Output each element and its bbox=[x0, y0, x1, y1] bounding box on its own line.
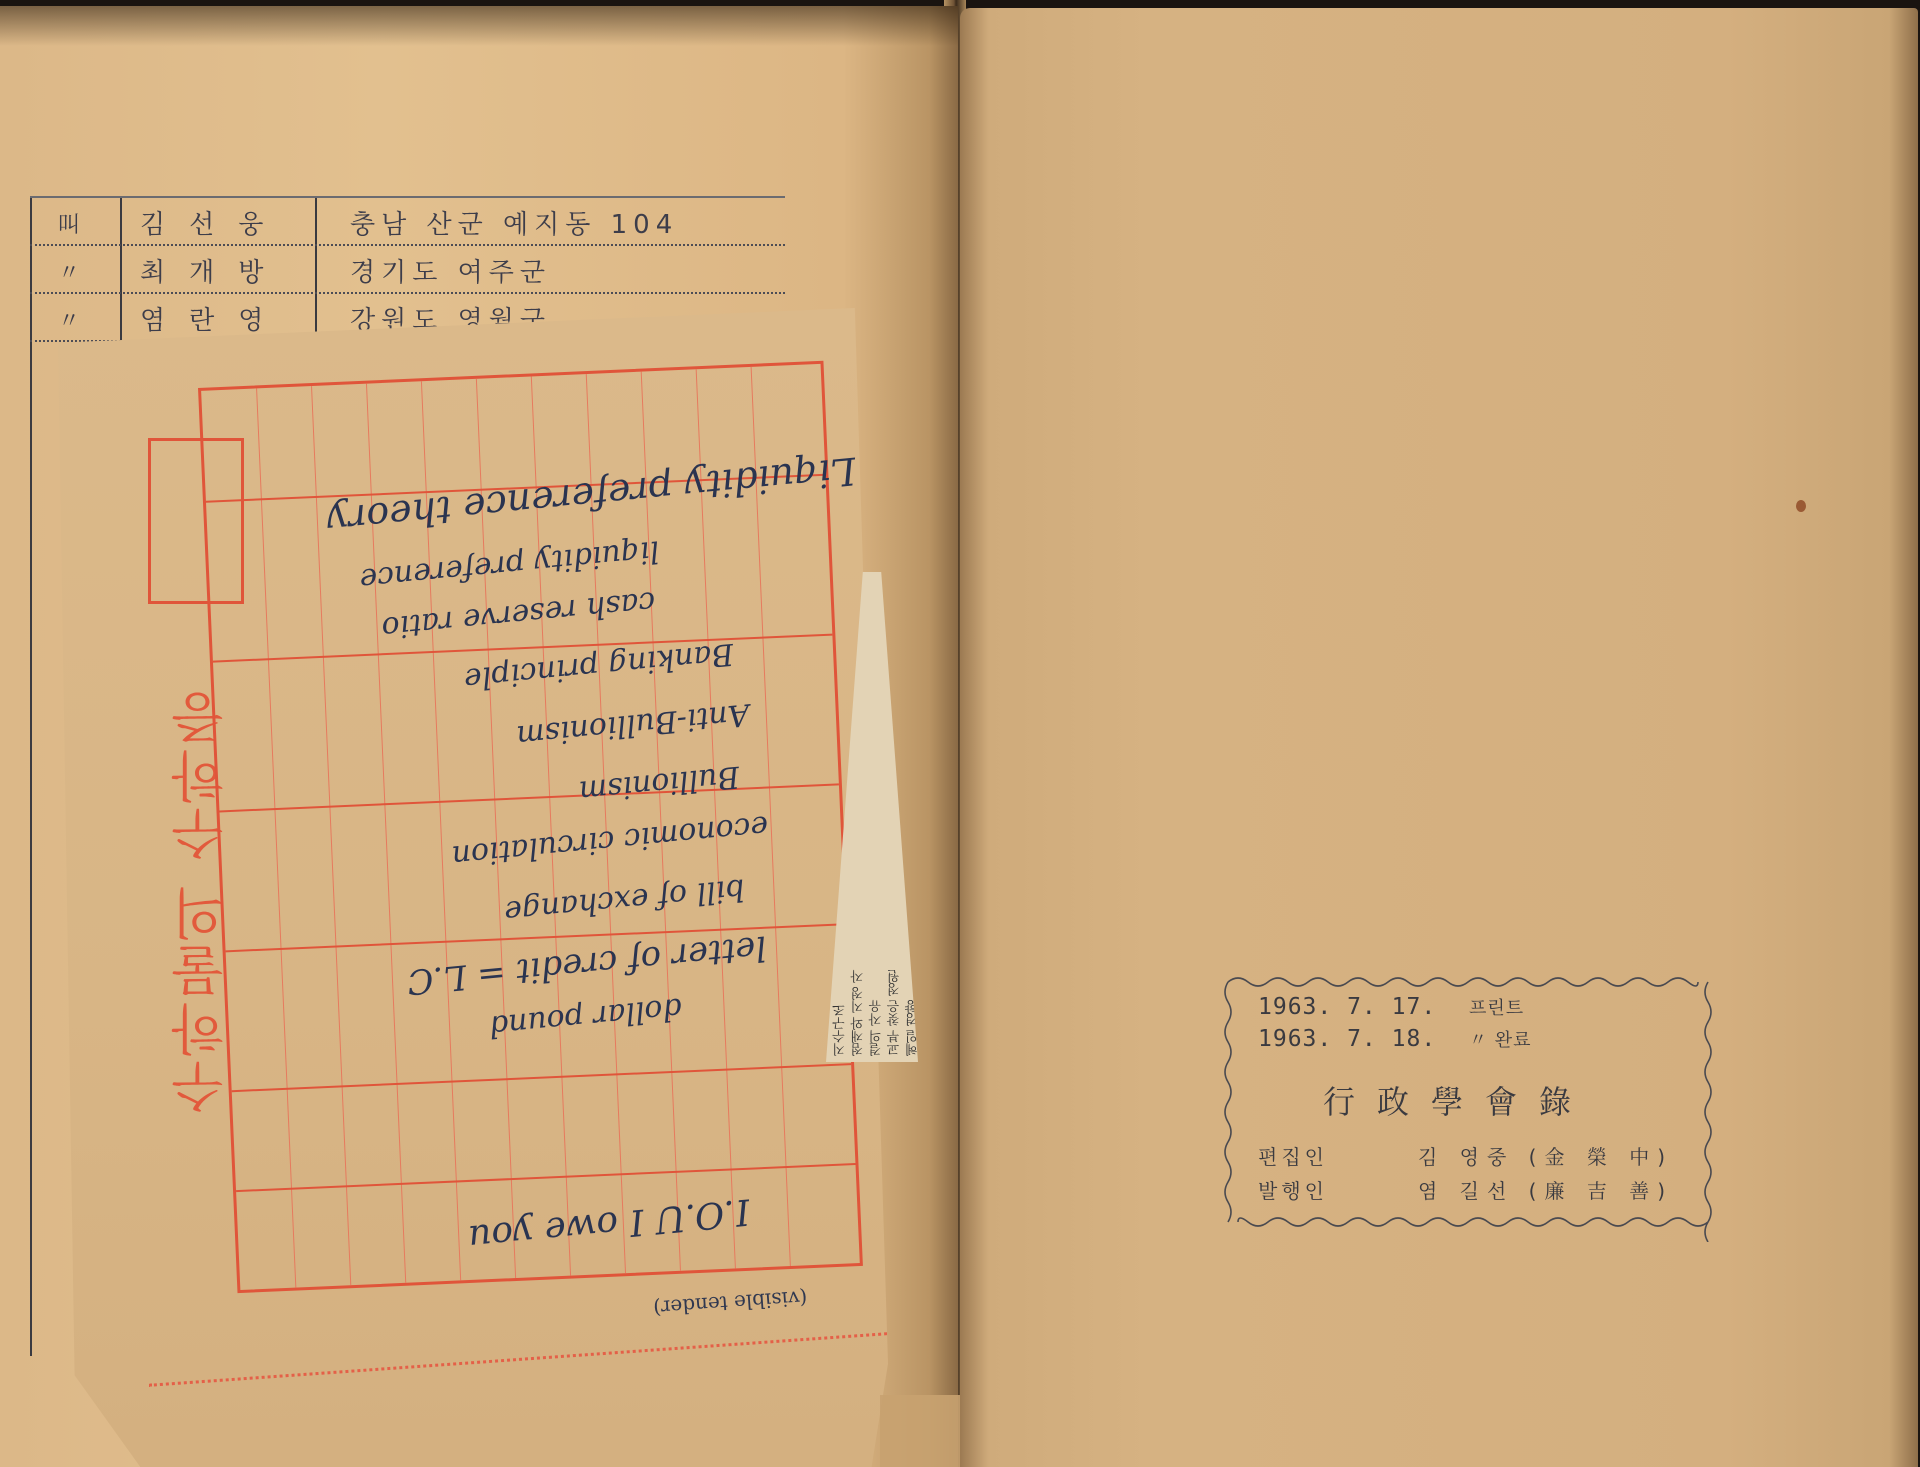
publication-title: 行政學會錄 bbox=[1218, 1077, 1698, 1123]
clipping-text: 결의 자유 bbox=[868, 578, 886, 1056]
handwritten-line: Anti-Bullionism bbox=[515, 696, 751, 753]
date-row: 1963. 7. 17. 프린트 bbox=[1258, 992, 1532, 1024]
row-name: 염란영 bbox=[140, 300, 287, 337]
clipping-text: 혜일 경향 bbox=[905, 578, 918, 1056]
row-name: 김선웅 bbox=[140, 204, 287, 241]
print-date: 1963. 7. 17. bbox=[1258, 992, 1436, 1022]
row-address: 충남 산군 예지동 104 bbox=[350, 204, 678, 241]
handwritten-line: bill of exchange bbox=[503, 871, 746, 929]
print-note: 프린트 bbox=[1469, 994, 1524, 1024]
editor-name: 김 영중 (金 榮 中) bbox=[1418, 1140, 1673, 1174]
handwritten-line: cash reserve ratio bbox=[380, 584, 657, 645]
right-page bbox=[960, 8, 1918, 1467]
complete-date: 1963. 7. 18. bbox=[1258, 1024, 1436, 1054]
table-row: 〃 최개방 경기도 여주군 bbox=[30, 246, 785, 291]
row-mark: 〃 bbox=[58, 304, 80, 335]
table-border-left bbox=[30, 196, 32, 1356]
left-page: 叫 김선웅 충남 산군 예지동 104 〃 최개방 경기도 여주군 〃 염란영 … bbox=[0, 6, 958, 1467]
handwritten-line: I.O.U I owe you bbox=[467, 1190, 752, 1258]
print-dates: 1963. 7. 17. 프린트 1963. 7. 18. 〃 완료 bbox=[1258, 992, 1532, 1056]
table-row: 叫 김선웅 충남 산군 예지동 104 bbox=[30, 198, 785, 243]
row-name: 최개방 bbox=[140, 252, 287, 289]
editor-label: 편집인 bbox=[1258, 1140, 1418, 1174]
complete-note: 〃 완료 bbox=[1469, 1026, 1532, 1056]
publisher-label: 발행인 bbox=[1258, 1174, 1418, 1208]
editor-row: 편집인 김 영중 (金 榮 中) bbox=[1258, 1140, 1673, 1174]
date-row: 1963. 7. 18. 〃 완료 bbox=[1258, 1024, 1532, 1056]
colophon-box: 1963. 7. 17. 프린트 1963. 7. 18. 〃 완료 行政學會錄… bbox=[1218, 962, 1718, 1242]
publisher-name: 염 길선 (廉 吉 善) bbox=[1418, 1174, 1673, 1208]
clipping-text: 교부 찾은 정원 bbox=[887, 578, 905, 1056]
handwritten-line: economic circulation bbox=[450, 808, 770, 873]
top-edge-shadow bbox=[0, 6, 958, 46]
binding-tape bbox=[880, 1395, 960, 1467]
handwritten-line: Liquidity preference theory bbox=[325, 449, 858, 544]
handwritten-line: letter of credit = L.C bbox=[405, 927, 768, 1001]
stain-spot bbox=[1796, 500, 1806, 512]
row-address: 경기도 여주군 bbox=[350, 252, 551, 289]
row-mark: 〃 bbox=[58, 256, 80, 287]
inserted-form-sheet: 수하물의 수하증 Liquidity preference theory liq… bbox=[58, 308, 888, 1467]
form-ruled-grid: Liquidity preference theory liquidity pr… bbox=[198, 361, 863, 1293]
publisher-row: 발행인 염 길선 (廉 吉 善) bbox=[1258, 1174, 1673, 1208]
handwritten-line: dollar pound bbox=[488, 991, 684, 1044]
credits: 편집인 김 영중 (金 榮 中) 발행인 염 길선 (廉 吉 善) bbox=[1258, 1140, 1673, 1208]
row-mark: 叫 bbox=[58, 208, 80, 239]
